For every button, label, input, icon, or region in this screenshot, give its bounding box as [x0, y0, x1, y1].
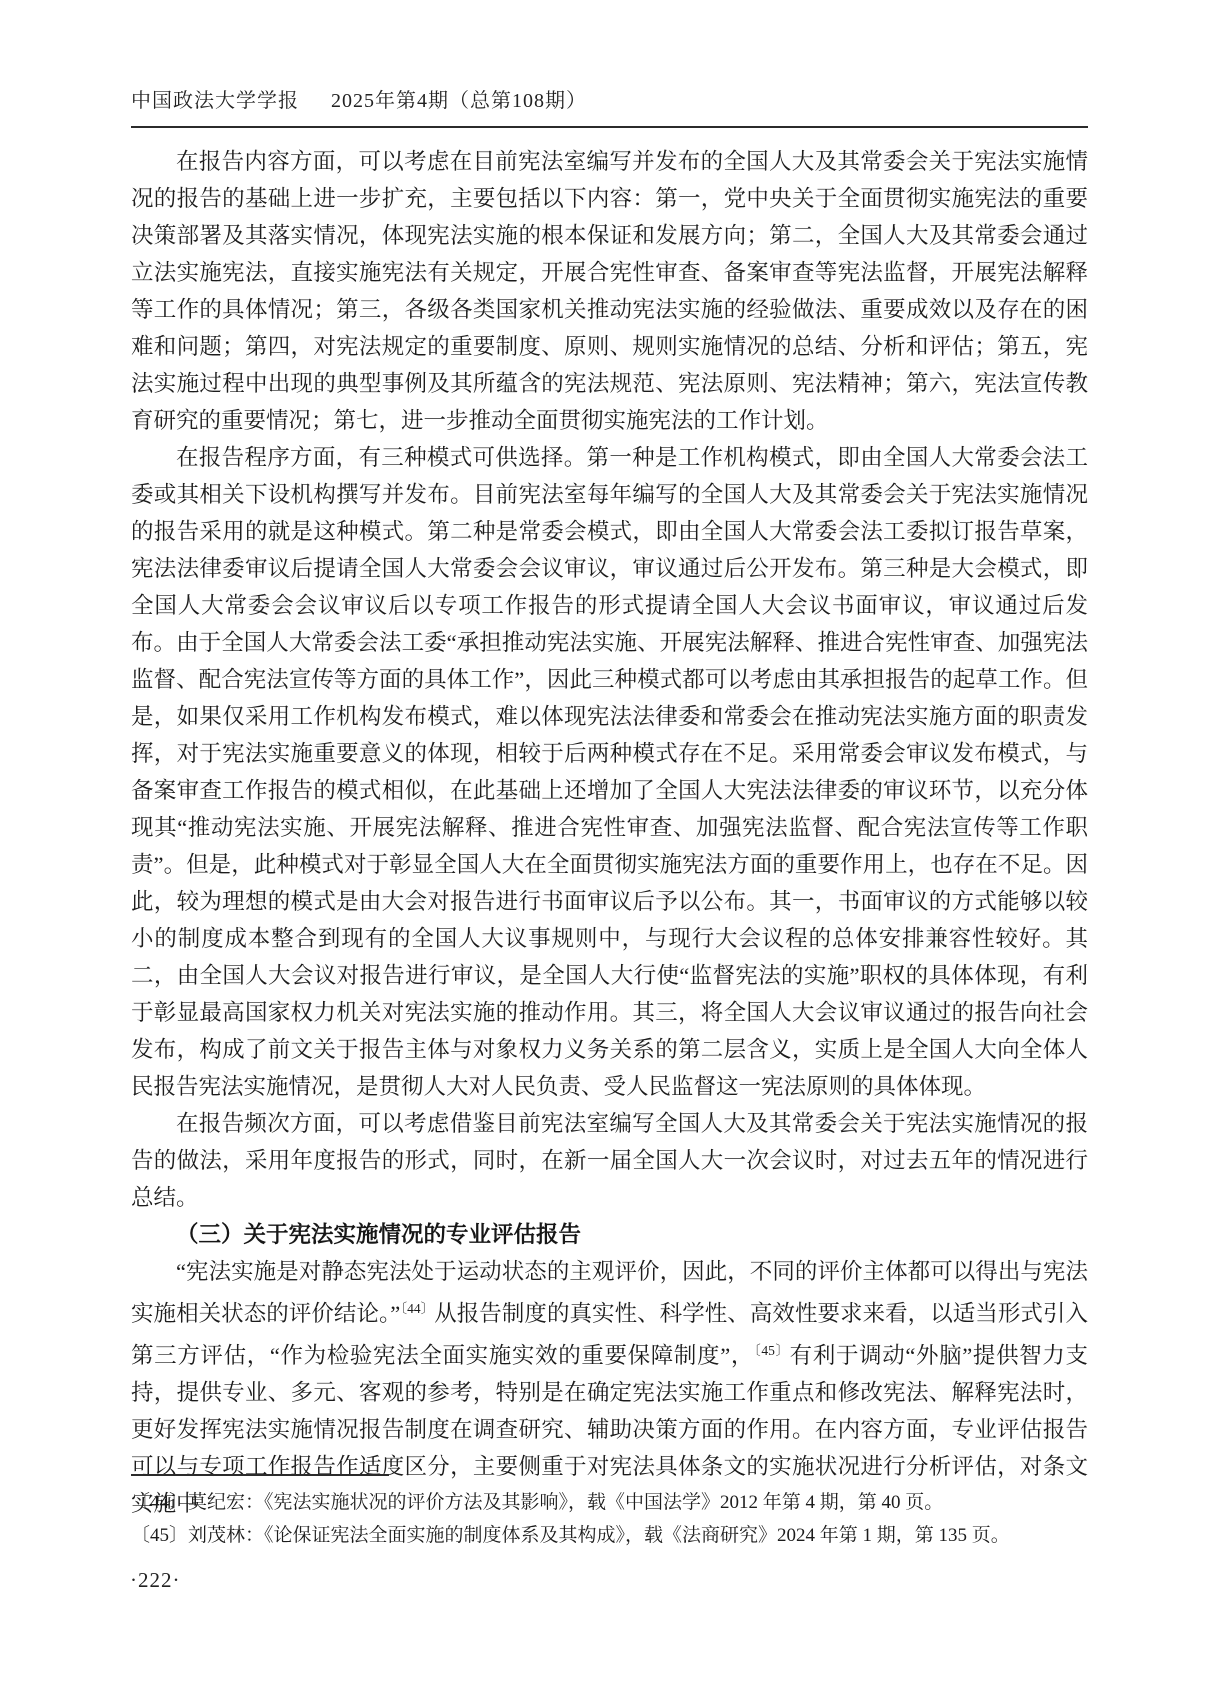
footnote-text: 莫纪宏：《宪法实施状况的评价方法及其影响》，载《中国法学》2012 年第 4 期…	[188, 1492, 943, 1513]
footnote-section: 〔44〕莫纪宏：《宪法实施状况的评价方法及其影响》，载《中国法学》2012 年第…	[131, 1474, 1088, 1552]
footnote-45: 〔45〕刘茂林：《论保证宪法全面实施的制度体系及其构成》，载《法商研究》2024…	[131, 1519, 1088, 1552]
footnote-label: 〔45〕	[131, 1525, 188, 1546]
paragraph-report-procedure: 在报告程序方面，有三种模式可供选择。第一种是工作机构模式，即由全国人大常委会法工…	[131, 439, 1088, 1105]
paragraph-report-frequency: 在报告频次方面，可以考虑借鉴目前宪法室编写全国人大及其常委会关于宪法实施情况的报…	[131, 1105, 1088, 1216]
footnote-reference-45: 〔45〕	[754, 1343, 790, 1358]
journal-page: 中国政法大学学报2025年第4期（总第108期） 在报告内容方面，可以考虑在目前…	[0, 0, 1217, 1689]
journal-title: 中国政法大学学报	[131, 90, 299, 112]
page-number: ·222·	[130, 1568, 181, 1593]
paragraph-report-content: 在报告内容方面，可以考虑在目前宪法室编写并发布的全国人大及其常委会关于宪法实施情…	[131, 143, 1088, 439]
footnote-label: 〔44〕	[131, 1492, 188, 1513]
footnote-44: 〔44〕莫纪宏：《宪法实施状况的评价方法及其影响》，载《中国法学》2012 年第…	[131, 1486, 1088, 1519]
footnote-list: 〔44〕莫纪宏：《宪法实施状况的评价方法及其影响》，载《中国法学》2012 年第…	[131, 1476, 1088, 1552]
issue-info: 2025年第4期（总第108期）	[331, 90, 587, 112]
footnote-reference-44: 〔44〕	[400, 1301, 434, 1316]
running-head: 中国政法大学学报2025年第4期（总第108期）	[131, 84, 1088, 128]
footnote-text: 刘茂林：《论保证宪法全面实施的制度体系及其构成》，载《法商研究》2024 年第 …	[188, 1525, 1010, 1546]
section-heading: （三）关于宪法实施情况的专业评估报告	[131, 1216, 1088, 1253]
article-body: 在报告内容方面，可以考虑在目前宪法室编写并发布的全国人大及其常委会关于宪法实施情…	[131, 143, 1088, 1522]
